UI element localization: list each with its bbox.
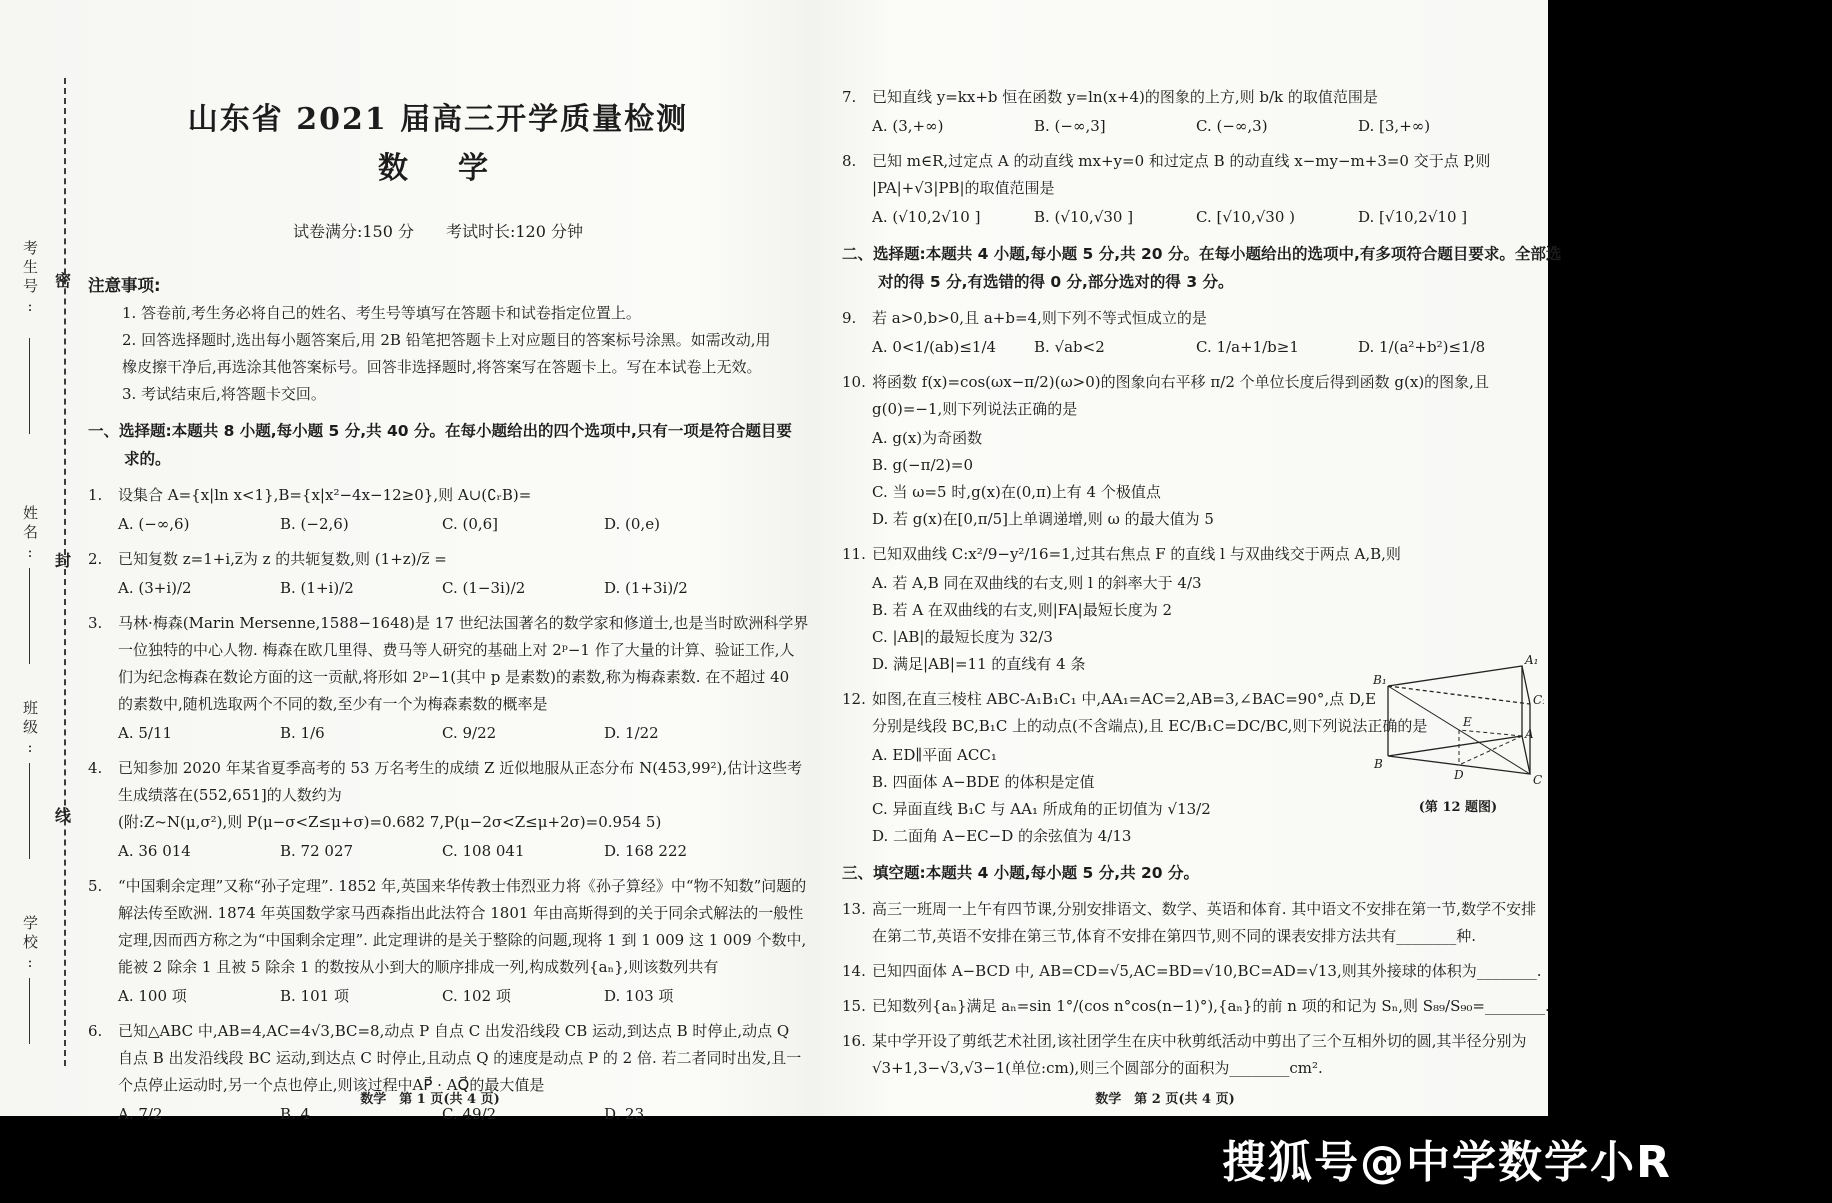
option-a: A. 36 014 [118, 838, 280, 865]
question-number: 12. [842, 686, 866, 713]
question-stem: 已知 m∈R,过定点 A 的动直线 mx+y=0 和过定点 B 的动直线 x−m… [872, 148, 1588, 202]
question-2: 2. 已知复数 z=1+i,z̅为 z 的共轭复数,则 (1+z)/z̅ = A… [88, 546, 928, 602]
question-stem: “中国剩余定理”又称“孙子定理”. 1852 年,英国来华传教士伟烈亚力将《孙子… [118, 873, 928, 981]
question-stem: 马林·梅森(Marin Mersenne,1588−1648)是 17 世纪法国… [118, 610, 928, 718]
question-stem: 已知参加 2020 年某省夏季高考的 53 万名考生的成绩 Z 近似地服从正态分… [118, 755, 928, 836]
question-number: 2. [88, 546, 102, 573]
seal-dashed-line [64, 78, 66, 1066]
option-a: A. 100 项 [118, 983, 280, 1010]
question-number: 10. [842, 369, 866, 396]
question-number: 4. [88, 755, 102, 782]
option-c: C. 108 041 [442, 838, 604, 865]
question-stem: 若 a>0,b>0,且 a+b=4,则下列不等式恒成立的是 [872, 305, 1588, 332]
section-3-header: 三、填空题:本题共 4 小题,每小题 5 分,共 20 分。 [842, 860, 1648, 888]
question-number: 5. [88, 873, 102, 900]
field-name: 姓名: [20, 505, 41, 565]
question-number: 16. [842, 1028, 866, 1055]
question-10: 10. 将函数 f(x)=cos(ωx−π/2)(ω>0)的图象向右平移 π/2… [842, 369, 1588, 533]
option-b: B. 1/6 [280, 720, 442, 747]
options-row: A. 36 014 B. 72 027 C. 108 041 D. 168 22… [118, 838, 766, 865]
option-d: D. 168 222 [604, 838, 766, 865]
vertex-label-c1: C₁ [1533, 693, 1544, 707]
options-column: A. g(x)为奇函数 B. g(−π/2)=0 C. 当 ω=5 时,g(x)… [872, 425, 1588, 533]
question-stem: 已知双曲线 C:x²/9−y²/16=1,过其右焦点 F 的直线 l 与双曲线交… [872, 541, 1588, 568]
option-c: C. (1−3i)/2 [442, 575, 604, 602]
option-c: C. [√10,√30 ) [1196, 204, 1358, 231]
option-a: A. (3,+∞) [872, 113, 1034, 140]
question-stem: 将函数 f(x)=cos(ωx−π/2)(ω>0)的图象向右平移 π/2 个单位… [872, 369, 1588, 423]
question-3: 3. 马林·梅森(Marin Mersenne,1588−1648)是 17 世… [88, 610, 928, 747]
option-d: D. (1+3i)/2 [604, 575, 766, 602]
section-2-header: 二、选择题:本题共 4 小题,每小题 5 分,共 20 分。在每小题给出的选项中… [842, 241, 1648, 297]
option-a: A. (−∞,6) [118, 511, 280, 538]
options-row: A. (3,+∞) B. (−∞,3] C. (−∞,3) D. [3,+∞) [872, 113, 1520, 140]
question-16: 16. 某中学开设了剪纸艺术社团,该社团学生在庆中秋剪纸活动中剪出了三个互相外切… [842, 1028, 1588, 1082]
option-a: A. (√10,2√10 ] [872, 204, 1034, 231]
exam-title: 山东省 2021 届高三开学质量检测 [88, 100, 788, 139]
section-1-header: 一、选择题:本题共 8 小题,每小题 5 分,共 40 分。在每小题给出的四个选… [88, 418, 894, 474]
question-5: 5. “中国剩余定理”又称“孙子定理”. 1852 年,英国来华传教士伟烈亚力将… [88, 873, 928, 1010]
question-number: 6. [88, 1018, 102, 1045]
question-14: 14. 已知四面体 A−BCD 中, AB=CD=√5,AC=BD=√10,BC… [842, 958, 1588, 985]
option-a: A. 5/11 [118, 720, 280, 747]
vertex-label-a: A [1524, 727, 1534, 741]
question-7: 7. 已知直线 y=kx+b 恒在函数 y=ln(x+4)的图象的上方,则 b/… [842, 84, 1588, 140]
options-row: A. (√10,2√10 ] B. (√10,√30 ] C. [√10,√30… [872, 204, 1520, 231]
option-b: B. (−∞,3] [1034, 113, 1196, 140]
question-number: 11. [842, 541, 866, 568]
vertex-label-a1: A₁ [1524, 653, 1538, 667]
question-8: 8. 已知 m∈R,过定点 A 的动直线 mx+y=0 和过定点 B 的动直线 … [842, 148, 1588, 231]
question-4: 4. 已知参加 2020 年某省夏季高考的 53 万名考生的成绩 Z 近似地服从… [88, 755, 928, 865]
question-number: 3. [88, 610, 102, 637]
option-c: C. 9/22 [442, 720, 604, 747]
option-a: A. 7/2 [118, 1101, 280, 1128]
question-number: 15. [842, 993, 866, 1020]
exam-subject-title: 数 学 [88, 149, 788, 188]
exam-paper-scan: 考生号: 密 姓名: 封 班级: 线 学校: 山东省 2021 届高三开学质量检… [0, 0, 1548, 1116]
option-d: D. (0,e) [604, 511, 766, 538]
question-number: 9. [842, 305, 856, 332]
option-b: B. 101 项 [280, 983, 442, 1010]
page-2: 7. 已知直线 y=kx+b 恒在函数 y=ln(x+4)的图象的上方,则 b/… [842, 12, 1548, 1082]
option-d: D. [√10,2√10 ] [1358, 204, 1520, 231]
question-number: 13. [842, 896, 866, 923]
page-2-footer: 数学 第 2 页(共 4 页) [1035, 1088, 1295, 1107]
question-12-figure: A₁ B₁ C₁ E A D B C (第 12 题图) [1372, 652, 1544, 815]
option-b: B. 72 027 [280, 838, 442, 865]
question-number: 1. [88, 482, 102, 509]
question-stem: 某中学开设了剪纸艺术社团,该社团学生在庆中秋剪纸活动中剪出了三个互相外切的圆,其… [872, 1028, 1588, 1082]
options-row: A. 5/11 B. 1/6 C. 9/22 D. 1/22 [118, 720, 766, 747]
options-row: A. (3+i)/2 B. (1+i)/2 C. (1−3i)/2 D. (1+… [118, 575, 766, 602]
option-a: A. (3+i)/2 [118, 575, 280, 602]
option-d: D. [3,+∞) [1358, 113, 1520, 140]
options-row: A. 0<1/(ab)≤1/4 B. √ab<2 C. 1/a+1/b≥1 D.… [872, 334, 1520, 361]
option-a: A. 0<1/(ab)≤1/4 [872, 334, 1034, 361]
question-stem: 已知复数 z=1+i,z̅为 z 的共轭复数,则 (1+z)/z̅ = [118, 546, 928, 573]
field-class: 班级: [20, 700, 41, 760]
notice-title: 注意事项: [88, 271, 788, 301]
question-9: 9. 若 a>0,b>0,且 a+b=4,则下列不等式恒成立的是 A. 0<1/… [842, 305, 1588, 361]
question-stem: 高三一班周一上午有四节课,分别安排语文、数学、英语和体育. 其中语文不安排在第一… [872, 896, 1588, 950]
vertex-label-e: E [1462, 715, 1472, 729]
option-c: C. (−∞,3) [1196, 113, 1358, 140]
question-number: 8. [842, 148, 856, 175]
vertex-label-b1: B₁ [1372, 673, 1387, 687]
exam-meta-line: 试卷满分:150 分 考试时长:120 分钟 [88, 218, 788, 247]
option-d: D. 103 项 [604, 983, 766, 1010]
question-number: 14. [842, 958, 866, 985]
option-d: D. 23 [604, 1101, 766, 1128]
question-stem: 设集合 A={x|ln x<1},B={x|x²−4x−12≥0},则 A∪(∁… [118, 482, 928, 509]
page-1-footer: 数学 第 1 页(共 4 页) [300, 1088, 560, 1107]
question-stem: 已知直线 y=kx+b 恒在函数 y=ln(x+4)的图象的上方,则 b/k 的… [872, 84, 1588, 111]
question-13: 13. 高三一班周一上午有四节课,分别安排语文、数学、英语和体育. 其中语文不安… [842, 896, 1588, 950]
options-row: A. 100 项 B. 101 项 C. 102 项 D. 103 项 [118, 983, 766, 1010]
option-b: B. √ab<2 [1034, 334, 1196, 361]
question-1: 1. 设集合 A={x|ln x<1},B={x|x²−4x−12≥0},则 A… [88, 482, 928, 538]
question-stem: 已知四面体 A−BCD 中, AB=CD=√5,AC=BD=√10,BC=AD=… [872, 958, 1588, 985]
school-blank-line [29, 978, 30, 1044]
prism-figure: A₁ B₁ C₁ E A D B C [1372, 652, 1544, 794]
page-1: 山东省 2021 届高三开学质量检测 数 学 试卷满分:150 分 考试时长:1… [88, 16, 788, 1128]
option-c: C. 1/a+1/b≥1 [1196, 334, 1358, 361]
question-6: 6. 已知△ABC 中,AB=4,AC=4√3,BC=8,动点 P 自点 C 出… [88, 1018, 928, 1128]
name-blank-line [29, 568, 30, 664]
seal-char-feng: 封 [55, 548, 71, 571]
options-row: A. (−∞,6) B. (−2,6) C. (0,6] D. (0,e) [118, 511, 766, 538]
option-c: C. 102 项 [442, 983, 604, 1010]
class-blank-line [29, 763, 30, 859]
vertex-label-c: C [1533, 773, 1542, 787]
field-candidate-number: 考生号: [20, 240, 41, 319]
notice-list: 1. 答卷前,考生务必将自己的姓名、考生号等填写在答题卡和试卷指定位置上。 2.… [88, 300, 938, 408]
option-b: B. (1+i)/2 [280, 575, 442, 602]
candidate-number-blank-line [29, 338, 30, 434]
seal-char-mi: 密 [55, 268, 71, 291]
question-number: 7. [842, 84, 856, 111]
question-stem: 已知数列{aₙ}满足 aₙ=sin 1°/(cos n°cos(n−1)°),{… [872, 993, 1588, 1020]
option-b: B. (−2,6) [280, 511, 442, 538]
option-b: B. (√10,√30 ] [1034, 204, 1196, 231]
seal-char-xian: 线 [55, 803, 71, 826]
figure-caption: (第 12 题图) [1372, 796, 1544, 815]
question-15: 15. 已知数列{aₙ}满足 aₙ=sin 1°/(cos n°cos(n−1)… [842, 993, 1588, 1020]
field-school: 学校: [20, 915, 41, 975]
watermark-text: 搜狐号@中学数学小R [1222, 1126, 1672, 1190]
vertex-label-b: B [1373, 757, 1383, 771]
option-d: D. 1/(a²+b²)≤1/8 [1358, 334, 1520, 361]
option-d: D. 1/22 [604, 720, 766, 747]
vertex-label-d: D [1453, 768, 1464, 782]
option-c: C. (0,6] [442, 511, 604, 538]
